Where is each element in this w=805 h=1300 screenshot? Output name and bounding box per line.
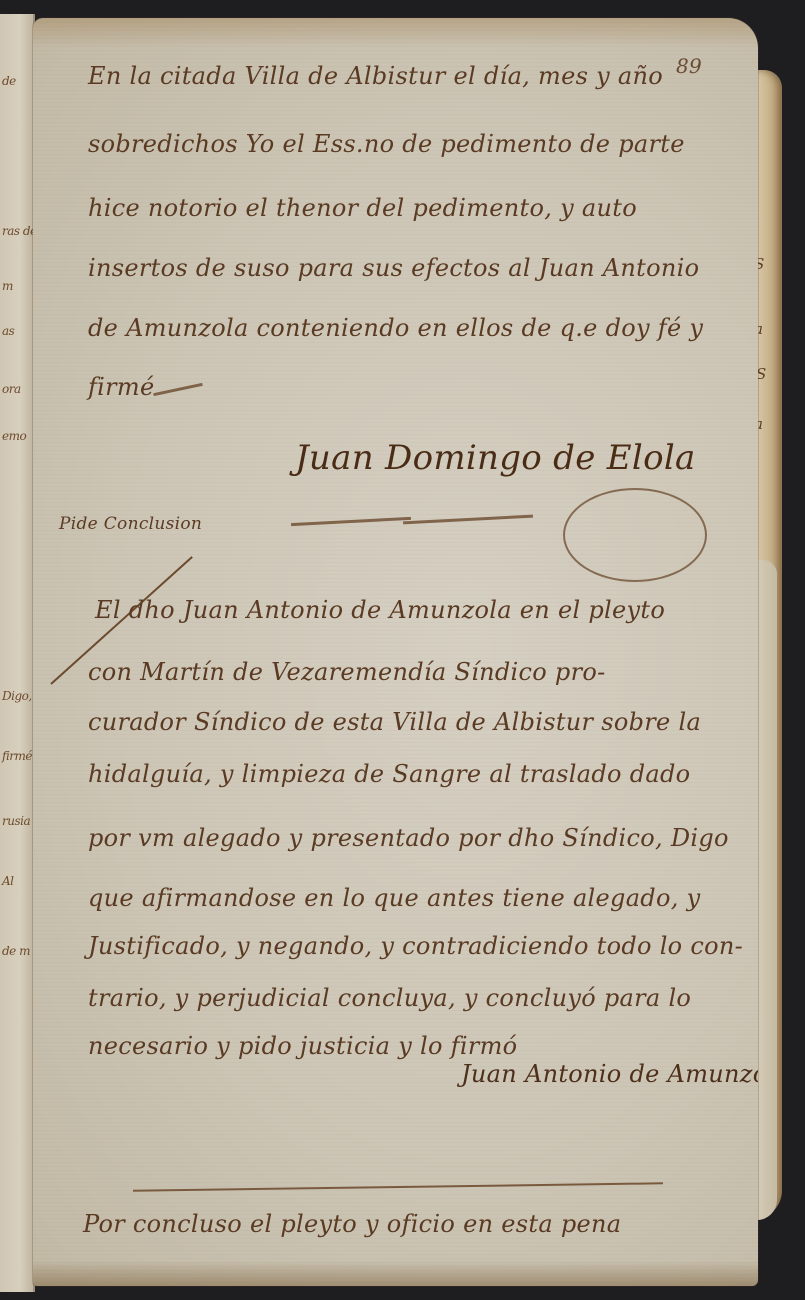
- stain: [33, 1260, 758, 1286]
- text-line: curador Síndico de esta Villa de Albistu…: [88, 708, 701, 736]
- prev-page-fragment: emo: [2, 429, 26, 443]
- folio-number: 89: [676, 54, 702, 78]
- text-line: por vm alegado y presentado por dho Sínd…: [88, 824, 729, 852]
- signature-flourish: [563, 488, 707, 582]
- prev-page-fragment: Al: [2, 874, 14, 888]
- underline-rule: [133, 1182, 663, 1191]
- text-line: El dho Juan Antonio de Amunzola en el pl…: [95, 596, 665, 624]
- stain: [33, 18, 758, 48]
- prev-page-fragment: ora: [2, 382, 21, 396]
- signature-party: Juan Antonio de Amunzola: [461, 1060, 758, 1088]
- text-line: insertos de suso para sus efectos al Jua…: [88, 254, 699, 282]
- prev-page-fragment: rusia: [2, 814, 30, 828]
- prev-page-fragment: de m: [2, 944, 30, 958]
- text-line: hidalguía, y limpieza de Sangre al trasl…: [88, 760, 690, 788]
- torn-page-layer: [755, 560, 777, 1220]
- previous-page-edge: de ras de m as ora emo Digo, firmé rusia…: [0, 14, 35, 1292]
- prev-page-fragment: firmé: [2, 749, 32, 763]
- text-line: En la citada Villa de Albistur el día, m…: [88, 62, 663, 90]
- text-line: Justificado, y negando, y contradiciendo…: [88, 932, 743, 960]
- signature-notary: Juan Domingo de Elola: [295, 438, 696, 478]
- text-line: trario, y perjudicial concluya, y conclu…: [88, 984, 691, 1012]
- margin-note: Pide Conclusion: [59, 514, 202, 534]
- prev-page-fragment: as: [2, 324, 14, 338]
- text-line: con Martín de Vezaremendía Síndico pro-: [88, 658, 606, 686]
- text-line: de Amunzola conteniendo en ellos de q.e …: [88, 314, 703, 342]
- text-line: necesario y pido justicia y lo firmó: [88, 1032, 517, 1060]
- text-line: firmé: [88, 373, 155, 401]
- prev-page-fragment: m: [2, 279, 13, 293]
- text-line: sobredichos Yo el Ess.no de pedimento de…: [88, 130, 685, 158]
- text-line: que afirmandose en lo que antes tiene al…: [88, 884, 700, 912]
- signature-rubric: [291, 517, 411, 526]
- flourish-mark: [153, 383, 203, 396]
- prev-page-fragment: Digo,: [2, 689, 32, 703]
- text-line: hice notorio el thenor del pedimento, y …: [88, 194, 637, 222]
- prev-page-fragment: de: [2, 74, 16, 88]
- prev-page-fragment: ras de: [2, 224, 35, 238]
- decree-line: Por concluso el pleyto y oficio en esta …: [83, 1210, 621, 1238]
- manuscript-page: 89 En la citada Villa de Albistur el día…: [33, 18, 758, 1286]
- signature-rubric: [403, 515, 533, 525]
